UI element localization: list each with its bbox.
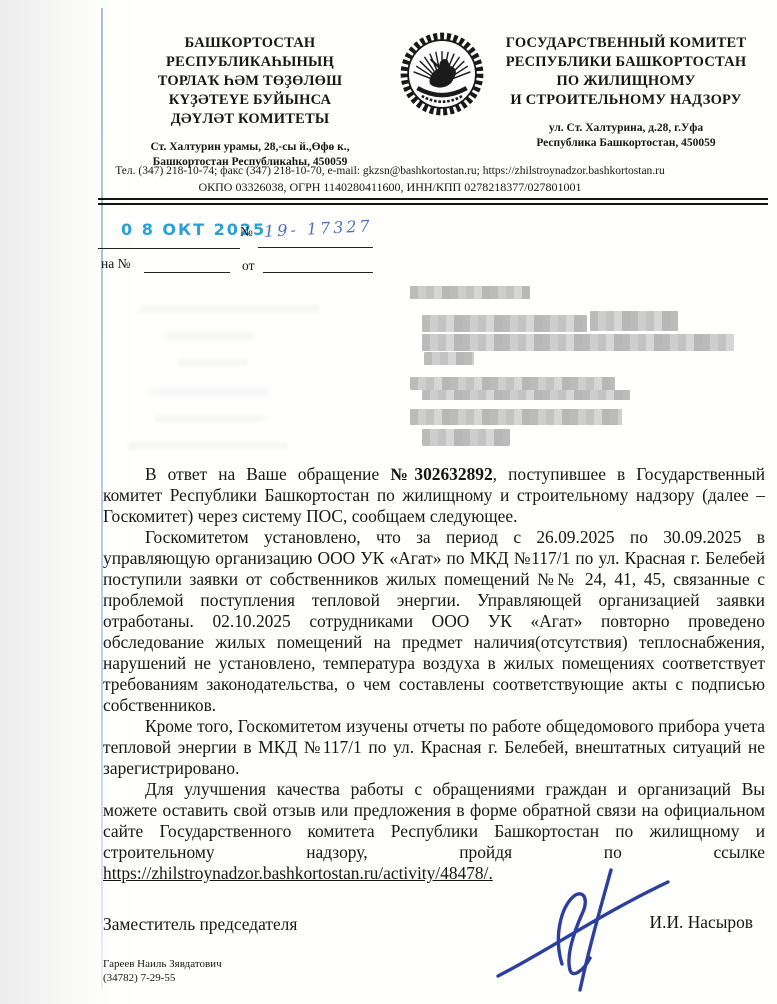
redacted-line <box>410 409 622 425</box>
coat-of-arms-icon <box>398 28 486 120</box>
redacted-line <box>424 352 474 365</box>
org-address-russian: ул. Ст. Халтурина, д.28, г.Уфа Республик… <box>482 121 770 151</box>
org-title-line: И СТРОИТЕЛЬНОМУ НАДЗОРУ <box>482 91 770 110</box>
redacted-line <box>422 315 587 332</box>
reply-to-underline <box>144 272 230 273</box>
redacted-line <box>590 311 678 331</box>
executor-name: Гареев Наиль Зявдатович <box>103 958 222 972</box>
bleed-through-mark <box>165 332 255 340</box>
reference-zone: 0 8 ОКТ 2025 № 19- 17327 на № от <box>98 216 398 280</box>
address-line: Ст. Халтурин урамы, 28,-сы й.,Өфө к., <box>100 140 400 155</box>
number-underline <box>258 247 373 248</box>
org-title-line: ПО ЖИЛИЩНОМУ <box>482 72 770 91</box>
bleed-through-mark <box>140 305 320 313</box>
redacted-line <box>410 286 530 299</box>
letterhead-divider <box>98 198 768 205</box>
address-line: Республика Башкортостан, 450059 <box>482 136 770 151</box>
outgoing-number-handwritten: 19- 17327 <box>264 216 374 241</box>
body-paragraph: Госкомитетом установлено, что за период … <box>103 527 765 716</box>
date-underline <box>98 248 240 249</box>
org-title-line: ГОСУДАРСТВЕННЫЙ КОМИТЕТ <box>482 34 770 53</box>
registry-line: ОКПО 03326038, ОГРН 1140280411600, ИНН/К… <box>60 179 720 195</box>
handwritten-signature <box>492 866 677 994</box>
body-paragraph: В ответ на Ваше обращение №302632892, по… <box>103 464 765 527</box>
redacted-line <box>410 377 615 390</box>
letterhead-right: ГОСУДАРСТВЕННЫЙ КОМИТЕТ РЕСПУБЛИКИ БАШКО… <box>482 34 770 151</box>
number-label: № <box>240 224 253 240</box>
contact-block: Тел. (347) 218-10-74; факс (347) 218-10-… <box>60 164 720 195</box>
org-title-bashkir: БАШКОРТОСТАН РЕСПУБЛИКАҺЫНЫҢ ТОРЛАҠ ҺӘМ … <box>100 34 400 129</box>
letter-body: В ответ на Ваше обращение №302632892, по… <box>103 464 765 884</box>
org-title-line: ДӘҮЛӘТ КОМИТЕТЫ <box>100 110 400 129</box>
org-title-line: КҮҘӘТЕҮЕ БУЙЫНСА <box>100 91 400 110</box>
bleed-through-mark <box>128 442 288 450</box>
reply-to-label: на № <box>101 256 130 272</box>
signer-position-title: Заместитель председателя <box>103 914 297 935</box>
letterhead-left: БАШКОРТОСТАН РЕСПУБЛИКАҺЫНЫҢ ТОРЛАҠ ҺӘМ … <box>100 34 400 170</box>
bleed-through-mark <box>155 414 265 422</box>
redacted-line <box>422 390 630 400</box>
org-title-line: БАШКОРТОСТАН РЕСПУБЛИКАҺЫНЫҢ <box>100 34 400 72</box>
from-underline <box>263 272 373 273</box>
executor-phone: (34782) 7-29-55 <box>103 972 222 986</box>
redacted-line <box>422 334 734 351</box>
body-paragraph: Кроме того, Госкомитетом изучены отчеты … <box>103 716 765 779</box>
org-title-line: ТОРЛАҠ ҺӘМ ТӨҘӨЛӨШ <box>100 72 400 91</box>
address-line: ул. Ст. Халтурина, д.28, г.Уфа <box>482 121 770 136</box>
from-label: от <box>242 258 254 274</box>
redacted-line <box>422 429 510 446</box>
org-title-russian: ГОСУДАРСТВЕННЫЙ КОМИТЕТ РЕСПУБЛИКИ БАШКО… <box>482 34 770 110</box>
bleed-through-mark <box>150 388 270 396</box>
scanned-letter-page: БАШКОРТОСТАН РЕСПУБЛИКАҺЫНЫҢ ТОРЛАҠ ҺӘМ … <box>0 0 777 1004</box>
bleed-through-mark <box>178 358 248 366</box>
contact-line: Тел. (347) 218-10-74; факс (347) 218-10-… <box>60 164 720 179</box>
recipient-redacted-block <box>405 282 740 452</box>
executor-block: Гареев Наиль Зявдатович (34782) 7-29-55 <box>103 958 222 985</box>
org-title-line: РЕСПУБЛИКИ БАШКОРТОСТАН <box>482 53 770 72</box>
